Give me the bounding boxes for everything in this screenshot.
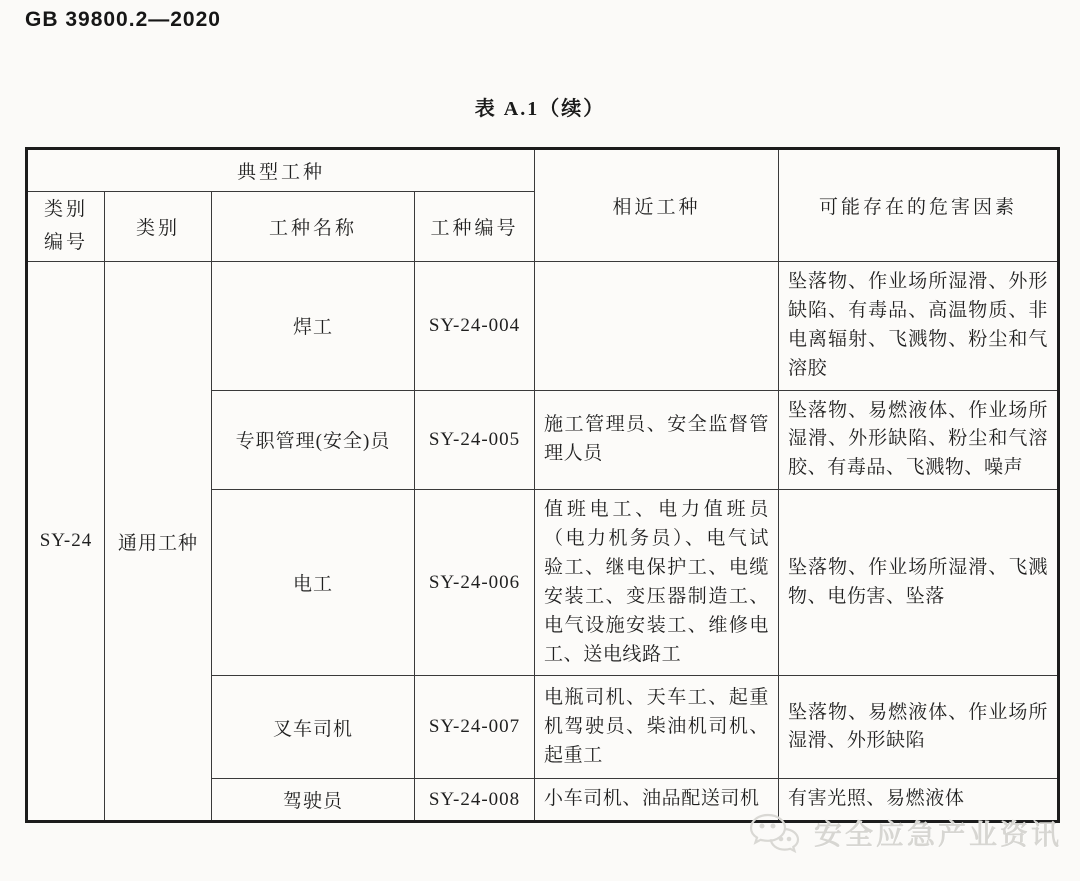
col-header-hazards: 可能存在的危害因素 [779,149,1059,262]
doc-number: GB 39800.2—2020 [25,8,221,32]
table-row: SY-24 通用工种 焊工 SY-24-004 坠落物、作业场所湿滑、外形缺陷、… [27,262,1059,391]
similar-work-cell: 小车司机、油品配送司机 [535,779,779,822]
work-name-cell: 专职管理(安全)员 [212,390,415,490]
hazard-table: 典型工种 相近工种 可能存在的危害因素 类别 编号 类别 工种名称 工种编号 S… [25,147,1060,823]
work-code-cell: SY-24-006 [415,490,535,676]
work-code-cell: SY-24-007 [415,676,535,779]
similar-work-cell [535,262,779,391]
col-header-category-no: 类别 编号 [27,192,105,262]
scanned-document-page: { "page": { "doc_number": "GB 39800.2—20… [0,0,1080,881]
work-code-cell: SY-24-004 [415,262,535,391]
hazards-cell: 坠落物、作业场所湿滑、外形缺陷、有毒品、高温物质、非电离辐射、飞溅物、粉尘和气溶… [779,262,1059,391]
work-code-cell: SY-24-005 [415,390,535,490]
category-code-cell: SY-24 [27,262,105,822]
col-header-similar-work: 相近工种 [535,149,779,262]
table-title: 表 A.1（续） [0,92,1080,121]
col-header-work-name: 工种名称 [212,192,415,262]
hazards-cell: 坠落物、易燃液体、作业场所湿滑、外形缺陷 [779,676,1059,779]
work-name-cell: 驾驶员 [212,779,415,822]
work-name-cell: 叉车司机 [212,676,415,779]
similar-work-cell: 电瓶司机、天车工、起重机驾驶员、柴油机司机、起重工 [535,676,779,779]
col-header-work-code: 工种编号 [415,192,535,262]
work-code-cell: SY-24-008 [415,779,535,822]
header-row-group: 典型工种 相近工种 可能存在的危害因素 [27,149,1059,192]
group-header-typical-work: 典型工种 [27,149,535,192]
similar-work-cell: 值班电工、电力值班员（电力机务员）、电气试验工、继电保护工、电缆安装工、变压器制… [535,490,779,676]
hazards-cell: 有害光照、易燃液体 [779,779,1059,822]
hazards-cell: 坠落物、作业场所湿滑、飞溅物、电伤害、坠落 [779,490,1059,676]
similar-work-cell: 施工管理员、安全监督管理人员 [535,390,779,490]
work-name-cell: 电工 [212,490,415,676]
category-name-cell: 通用工种 [105,262,212,822]
hazards-cell: 坠落物、易燃液体、作业场所湿滑、外形缺陷、粉尘和气溶胶、有毒品、飞溅物、噪声 [779,390,1059,490]
col-header-category: 类别 [105,192,212,262]
work-name-cell: 焊工 [212,262,415,391]
